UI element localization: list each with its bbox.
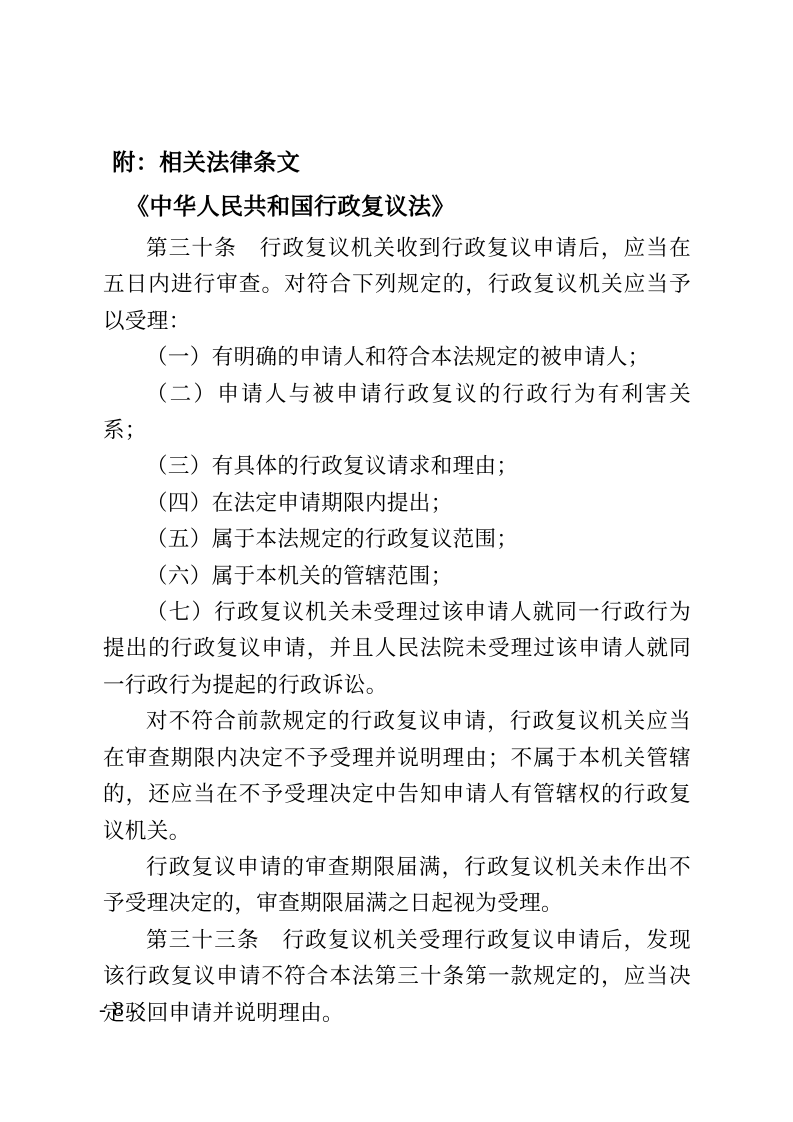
condition-item-2: （二）申请人与被申请行政复议的行政行为有利害关系； xyxy=(103,376,691,449)
condition-item-4: （四）在法定申请期限内提出； xyxy=(103,485,691,521)
law-text: 第三十条 行政复议机关收到行政复议申请后，应当在五日内进行审查。对符合下列规定的… xyxy=(103,230,691,1031)
condition-item-3: （三）有具体的行政复议请求和理由； xyxy=(103,448,691,484)
page-number: - 8 - xyxy=(99,995,139,1023)
article-30-paragraph: 第三十条 行政复议机关收到行政复议申请后，应当在五日内进行审查。对符合下列规定的… xyxy=(103,230,691,339)
article-33-paragraph: 第三十三条 行政复议机关受理行政复议申请后，发现该行政复议申请不符合本法第三十条… xyxy=(103,922,691,1031)
document-page: 附：相关法律条文 《中华人民共和国行政复议法》 第三十条 行政复议机关收到行政复… xyxy=(0,0,793,1122)
condition-item-7: （七）行政复议机关未受理过该申请人就同一行政行为提出的行政复议申请，并且人民法院… xyxy=(103,594,691,703)
condition-item-1: （一）有明确的申请人和符合本法规定的被申请人； xyxy=(103,339,691,375)
condition-item-6: （六）属于本机关的管辖范围； xyxy=(103,558,691,594)
document-body: 附：相关法律条文 《中华人民共和国行政复议法》 第三十条 行政复议机关收到行政复… xyxy=(103,140,691,1031)
condition-item-5: （五）属于本法规定的行政复议范围； xyxy=(103,521,691,557)
law-title: 《中华人民共和国行政复议法》 xyxy=(103,184,691,228)
deemed-acceptance-paragraph: 行政复议申请的审查期限届满，行政复议机关未作出不予受理决定的，审查期限届满之日起… xyxy=(103,849,691,922)
rejection-rule-paragraph: 对不符合前款规定的行政复议申请，行政复议机关应当在审查期限内决定不予受理并说明理… xyxy=(103,703,691,849)
attachment-heading: 附：相关法律条文 xyxy=(103,140,691,184)
